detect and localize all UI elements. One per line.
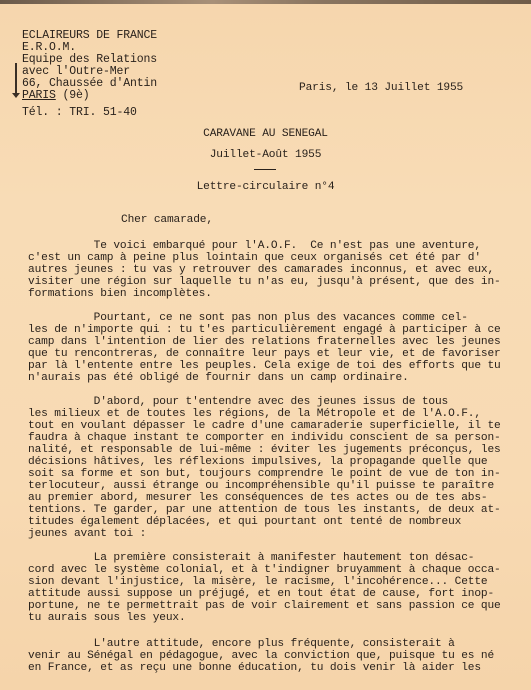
- letterhead-city: PARIS: [22, 89, 56, 102]
- body-line: Te voici embarqué pour l'A.O.F. Ce n'est…: [28, 240, 481, 252]
- body-line: visiter une région sur laquelle tu n'as …: [28, 276, 501, 288]
- letter-date: Paris, le 13 Juillet 1955: [299, 82, 463, 94]
- page-top-edge: [0, 0, 531, 4]
- body-line: D'abord, pour t'entendre avec des jeunes…: [28, 396, 448, 408]
- body-line: tu aurais sous les yeux.: [28, 612, 186, 624]
- body-line: c'est un camp à peine plus lointain que …: [28, 252, 481, 264]
- body-line: Pourtant, ce ne sont pas non plus des va…: [28, 312, 468, 324]
- body-line: formations bien incomplètes.: [28, 288, 212, 300]
- body-line: autres jeunes : tu vas y retrouver des c…: [28, 264, 494, 276]
- body-line: sion devant l'injustice, la misère, le r…: [28, 576, 487, 588]
- body-line: portune, ne te permettrait pas de voir c…: [28, 600, 501, 612]
- title-separator: [254, 169, 276, 170]
- salutation: Cher camarade,: [121, 214, 213, 226]
- body-line: que tu rencontreras, de connaître leur p…: [28, 348, 501, 360]
- body-line: par là l'entente entre les peuples. Cela…: [28, 360, 501, 372]
- body-line: titudes également déplacées, et qui pour…: [28, 516, 461, 528]
- body-line: cord avec le système colonial, et à t'in…: [28, 564, 501, 576]
- body-line: n'aurais pas été obligé de fournir dans …: [28, 372, 409, 384]
- body-line: terlocuteur, aussi étrange ou incompréhe…: [28, 480, 494, 492]
- letterhead-phone: Tél. : TRI. 51-40: [22, 107, 137, 119]
- body-line: jeunes avant toi :: [28, 528, 146, 540]
- letter-page: ECLAIREURS DE FRANCE E.R.O.M. Equipe des…: [0, 0, 531, 690]
- letter-period: Juillet-Août 1955: [0, 149, 531, 161]
- letterhead-district: (9è): [56, 89, 90, 102]
- body-line: en France, et as reçu une bonne éducatio…: [28, 662, 481, 674]
- body-line: les milieux et de toutes les régions, de…: [28, 408, 481, 420]
- body-line: tout en voulant dépasser le cadre d'une …: [28, 420, 501, 432]
- body-line: décisions hâtives, les réflexions impuls…: [28, 456, 487, 468]
- letter-title: CARAVANE AU SENEGAL: [0, 128, 531, 140]
- letterhead-city-line: PARIS (9è): [22, 90, 90, 102]
- body-line: nalité, et responsable de lui-même : évi…: [28, 444, 501, 456]
- body-line: les de n'importe qui : tu t'es particuli…: [28, 324, 501, 336]
- body-line: L'autre attitude, encore plus fréquente,…: [28, 638, 455, 650]
- body-line: venir au Sénégal en pédagogue, avec la c…: [28, 650, 494, 662]
- body-line: au premier abord, mesurer les conséquenc…: [28, 492, 487, 504]
- body-line: camp dans l'intention de lier des relati…: [28, 336, 501, 348]
- body-line: soit sa forme et son but, toujours compr…: [28, 468, 501, 480]
- body-line: attitude aussi suppose un préjugé, et en…: [28, 588, 494, 600]
- letter-subtitle: Lettre-circulaire n°4: [0, 181, 531, 193]
- margin-bracket-mark: [15, 63, 17, 95]
- body-line: La première consisterait à manifester ha…: [28, 552, 474, 564]
- body-line: faudra à chaque instant te comporter en …: [28, 432, 501, 444]
- body-line: tentions. Te garder, par une attention d…: [28, 504, 501, 516]
